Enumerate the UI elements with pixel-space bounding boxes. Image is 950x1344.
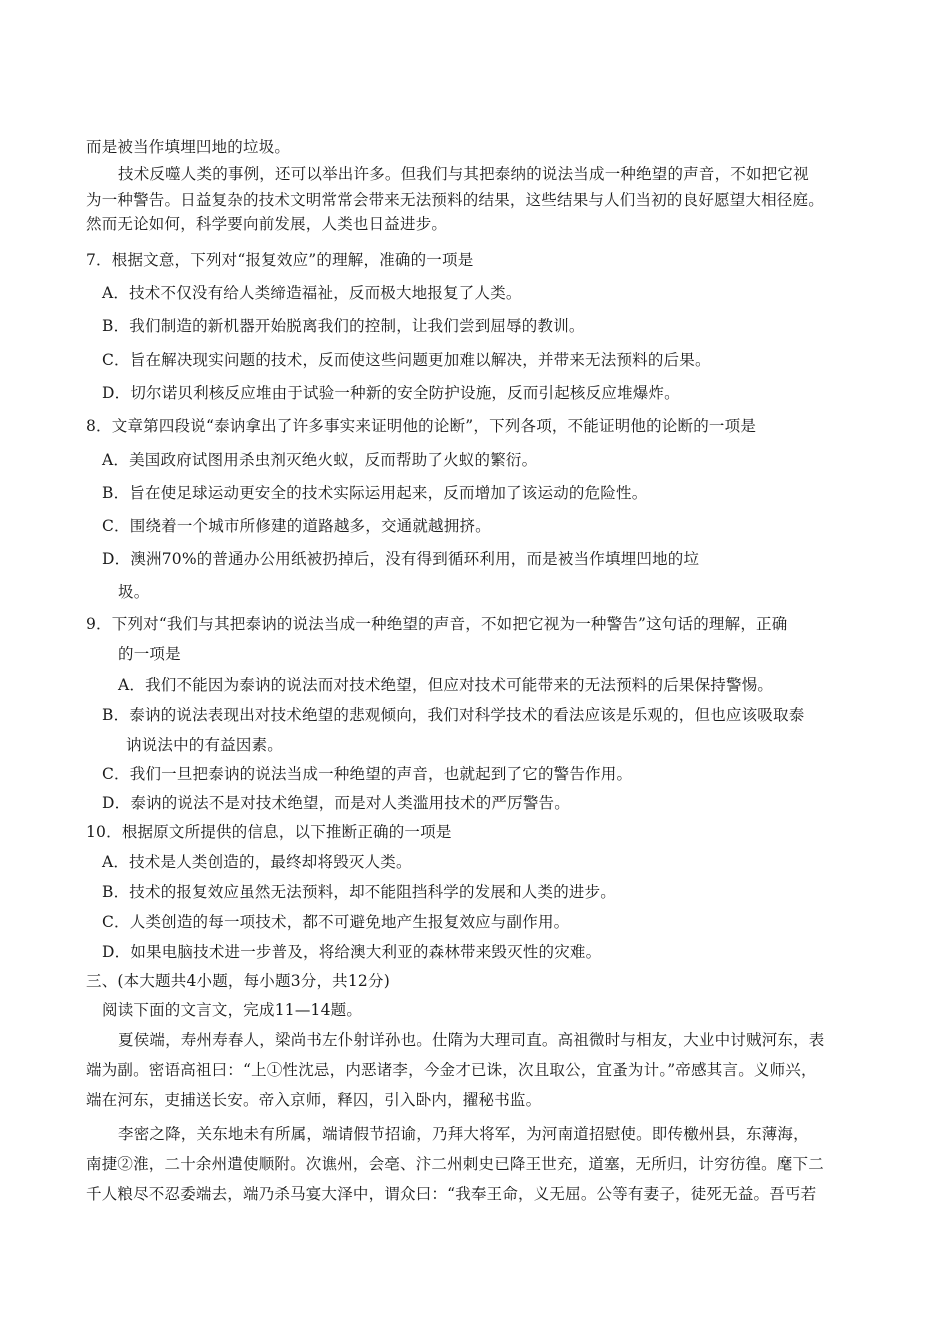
question-10-stem: 10．根据原文所提供的信息，以下推断正确的一项是	[86, 822, 452, 842]
question-9-option-d: D．泰讷的说法不是对技术绝望，而是对人类滥用技术的严厉警告。	[102, 793, 570, 813]
question-9-option-c: C．我们一旦把泰讷的说法当成一种绝望的声音，也就起到了它的警告作用。	[102, 764, 632, 784]
question-8-option-d: D．澳洲70%的普通办公用纸被扔掉后，没有得到循环利用，而是被当作填埋凹地的垃	[102, 549, 699, 569]
classical-text-line: 南捷②淮，二十余州遣使顺附。次谯州，会亳、汴二州刺史已降王世充，道塞，无所归，计…	[86, 1154, 824, 1174]
question-7-stem: 7．根据文意，下列对“报复效应”的理解，准确的一项是	[86, 250, 473, 270]
question-10-option-c: C．人类创造的每一项技术，都不可避免地产生报复效应与副作用。	[102, 912, 569, 932]
question-7-option-a: A．技术不仅没有给人类缔造福祉，反而极大地报复了人类。	[102, 283, 522, 303]
classical-text-line: 千人粮尽不忍委端去，端乃杀马宴大泽中，谓众曰：“我奉王命，义无屈。公等有妻子，徒…	[86, 1184, 816, 1204]
question-10-option-d: D．如果电脑技术进一步普及，将给澳大利亚的森林带来毁灭性的灾难。	[102, 942, 601, 962]
question-7-option-b: B．我们制造的新机器开始脱离我们的控制，让我们尝到屈辱的教训。	[102, 316, 585, 336]
question-7-option-c: C．旨在解决现实问题的技术，反而使这些问题更加难以解决，并带来无法预料的后果。	[102, 350, 711, 370]
question-8-option-a: A．美国政府试图用杀虫剂灭绝火蚁，反而帮助了火蚁的繁衍。	[102, 450, 537, 470]
passage-line: 而是被当作填埋凹地的垃圾。	[86, 137, 290, 157]
question-10-option-b: B．技术的报复效应虽然无法预料，却不能阻挡科学的发展和人类的进步。	[102, 882, 616, 902]
question-9-option-b: B．泰讷的说法表现出对技术绝望的悲观倾向，我们对科学技术的看法应该是乐观的，但也…	[102, 705, 804, 725]
question-8-option-c: C．围绕着一个城市所修建的道路越多，交通就越拥挤。	[102, 516, 491, 536]
question-8-option-b: B．旨在使足球运动更安全的技术实际运用起来，反而增加了该运动的危险性。	[102, 483, 647, 503]
question-10-option-a: A．技术是人类创造的，最终却将毁灭人类。	[102, 852, 412, 872]
passage-line: 技术反噬人类的事例，还可以举出许多。但我们与其把泰纳的说法当成一种绝望的声音，不…	[118, 164, 862, 184]
classical-text-line: 夏侯端，寿州寿春人，梁尚书左仆射详孙也。仕隋为大理司直。高祖微时与相友，大业中讨…	[118, 1030, 862, 1050]
classical-text-line: 端为副。密语高祖曰：“上①性沈忌，内恶诸李，今金才已诛，次且取公，宜蚤为计。”帝…	[86, 1060, 817, 1080]
classical-text-line: 李密之降，关东地未有所属，端请假节招谕，乃拜大将军，为河南道招慰使。即传檄州县，…	[118, 1124, 862, 1144]
classical-text-line: 端在河东，吏捕送长安。帝入京师，释囚，引入卧内，擢秘书监。	[86, 1090, 541, 1110]
question-7-option-d: D．切尔诺贝利核反应堆由于试验一种新的安全防护设施，反而引起核反应堆爆炸。	[102, 383, 680, 403]
question-9-stem-cont: 的一项是	[118, 644, 181, 664]
question-8-stem: 8．文章第四段说“泰讷拿出了许多事实来证明他的论断”，下列各项，不能证明他的论断…	[86, 416, 756, 436]
passage-line: 为一种警告。日益复杂的技术文明常常会带来无法预料的结果，这些结果与人们当初的良好…	[86, 190, 824, 210]
question-9-option-a: A．我们不能因为泰讷的说法而对技术绝望，但应对技术可能带来的无法预料的后果保持警…	[118, 675, 773, 695]
question-9-stem: 9．下列对“我们与其把泰讷的说法当成一种绝望的声音，不如把它视为一种警告”这句话…	[86, 614, 787, 634]
exam-page: 而是被当作填埋凹地的垃圾。 技术反噬人类的事例，还可以举出许多。但我们与其把泰纳…	[0, 0, 950, 1344]
section-3-heading: 三、(本大题共4小题，每小题3分，共12分)	[86, 971, 390, 991]
passage-line: 然而无论如何，科学要向前发展，人类也日益进步。	[86, 214, 447, 234]
question-8-option-d-cont: 圾。	[118, 582, 149, 602]
question-9-option-b-cont: 讷说法中的有益因素。	[126, 735, 283, 755]
section-3-instruction: 阅读下面的文言文，完成11—14题。	[102, 1000, 362, 1020]
